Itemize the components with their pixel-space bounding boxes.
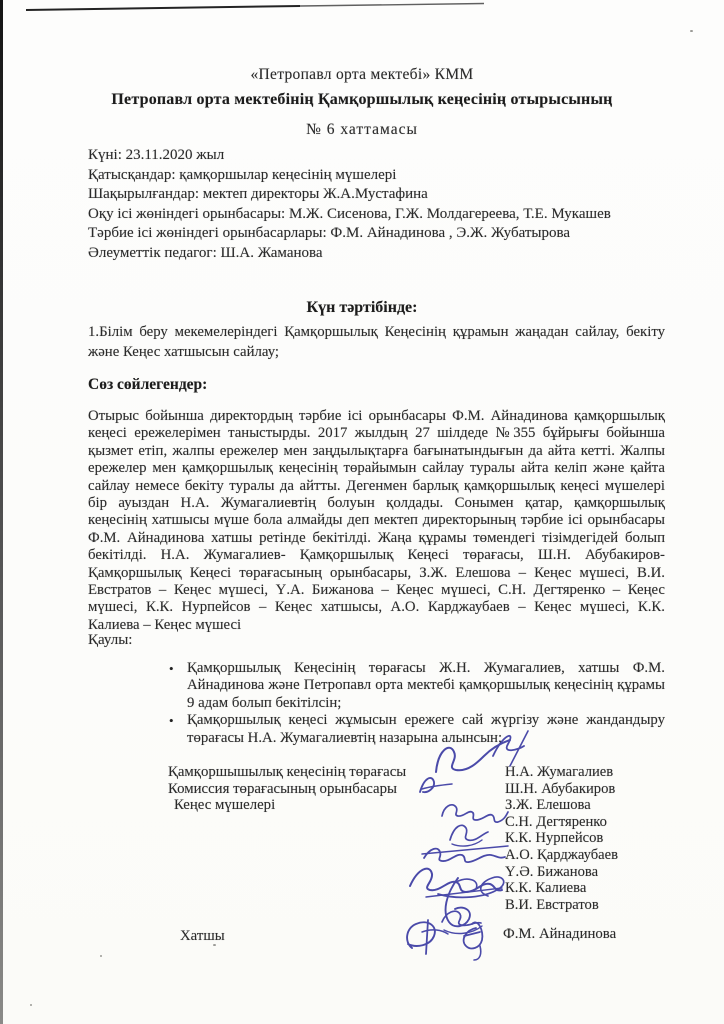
signature-role-members: Кеңес мүшелері — [168, 797, 406, 814]
meta-block: Күні: 23.11.2020 жыл Қатысқандар: қамқор… — [88, 146, 678, 263]
doc-title: Петропавл орта мектебінің Қамқоршылық ке… — [12, 91, 712, 109]
meta-line-date: Күні: 23.11.2020 жыл — [88, 146, 678, 166]
speakers-heading: Сөз сөйлегендер: — [88, 376, 207, 394]
signature-role-vice-chairman: Комиссия төрағасының орынбасары — [168, 781, 406, 798]
agenda-item: 1.Білім беру мекемелеріндегі Қамқоршылық… — [88, 322, 665, 362]
meta-line-social-pedagogue: Әлеуметтік педагог: Ш.А. Жаманова — [88, 244, 678, 264]
scan-border-left — [0, 0, 3, 1024]
scanned-protocol-page: «Петропавл орта мектебі» КММ Петропавл о… — [0, 0, 724, 1024]
scan-speck — [100, 955, 102, 957]
signature-ink — [398, 726, 548, 961]
resolution-item: Қамқоршылық Кеңесінің төрағасы Ж.Н. Жума… — [165, 660, 665, 712]
signature-role-chairman: Қамқоршышылық кеңесінің төрағасы — [168, 764, 406, 781]
agenda-heading: Күн тәртібінде: — [12, 299, 712, 317]
meta-line-deputy-academic: Оқу ісі жөніндегі орынбасары: М.Ж. Сисен… — [88, 205, 678, 225]
body-paragraph: Отырыс бойынша директордың тәрбие ісі ор… — [88, 408, 665, 634]
meta-line-attendees: Қатысқандар: қамқоршылар кеңесінің мүшел… — [88, 166, 678, 186]
resolution-label: Қаулы: — [88, 632, 132, 649]
scan-speck — [690, 30, 693, 32]
meta-line-deputy-education: Тәрбие ісі жөніндегі орынбасарлары: Ф.М.… — [88, 224, 678, 244]
meta-line-invited: Шақырылғандар: мектеп директоры Ж.А.Муст… — [88, 185, 678, 205]
secretary-label: Хатшы — [180, 928, 225, 945]
scan-speck — [30, 1004, 32, 1006]
signature-roles: Қамқоршышылық кеңесінің төрағасы Комисси… — [168, 764, 406, 814]
protocol-number: № 6 хаттамасы — [12, 121, 712, 139]
scan-border-top — [0, 0, 724, 20]
org-title: «Петропавл орта мектебі» КММ — [12, 66, 712, 84]
